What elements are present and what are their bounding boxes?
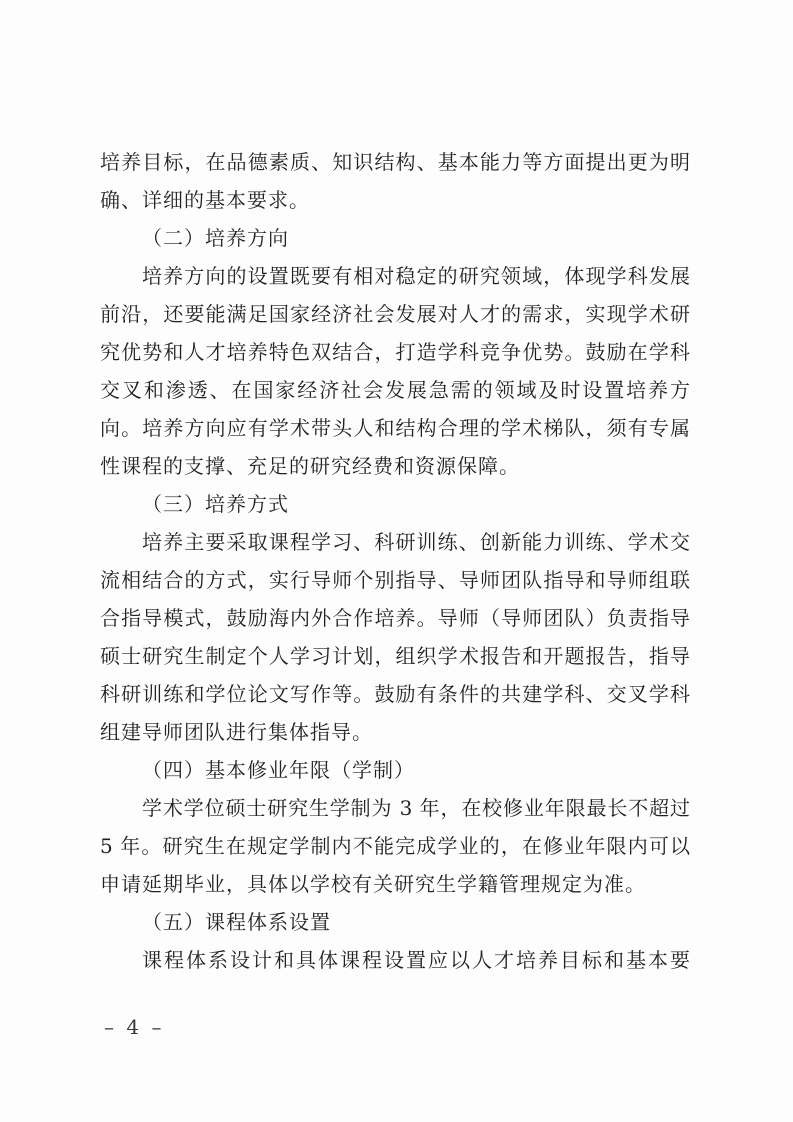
text-line: 培养主要采取课程学习、科研训练、创新能力训练、学术交 xyxy=(100,523,690,561)
body-text: 培养目标，在品德素质、知识结构、基本能力等方面提出更为明确、详细的基本要求。（二… xyxy=(100,143,690,979)
text-line: 申请延期毕业，具体以学校有关研究生学籍管理规定为准。 xyxy=(100,865,690,903)
section-heading: （五）课程体系设置 xyxy=(100,903,690,941)
text-line: 交叉和渗透、在国家经济社会发展急需的领域及时设置培养方 xyxy=(100,371,690,409)
text-line: 确、详细的基本要求。 xyxy=(100,181,690,219)
section-heading: （四）基本修业年限（学制） xyxy=(100,751,690,789)
section-heading: （二）培养方向 xyxy=(100,219,690,257)
section-heading: （三）培养方式 xyxy=(100,485,690,523)
text-line: 合指导模式，鼓励海内外合作培养。导师（导师团队）负责指导 xyxy=(100,599,690,637)
text-line: 组建导师团队进行集体指导。 xyxy=(100,713,690,751)
text-line: 培养目标，在品德素质、知识结构、基本能力等方面提出更为明 xyxy=(100,143,690,181)
text-line: 流相结合的方式，实行导师个别指导、导师团队指导和导师组联 xyxy=(100,561,690,599)
text-line: 学术学位硕士研究生学制为 3 年，在校修业年限最长不超过 xyxy=(100,789,690,827)
text-line: 性课程的支撑、充足的研究经费和资源保障。 xyxy=(100,447,690,485)
text-line: 5 年。研究生在规定学制内不能完成学业的，在修业年限内可以 xyxy=(100,827,690,865)
document-page: 培养目标，在品德素质、知识结构、基本能力等方面提出更为明确、详细的基本要求。（二… xyxy=(0,0,793,1122)
text-line: 硕士研究生制定个人学习计划，组织学术报告和开题报告，指导 xyxy=(100,637,690,675)
text-line: 究优势和人才培养特色双结合，打造学科竞争优势。鼓励在学科 xyxy=(100,333,690,371)
text-line: 课程体系设计和具体课程设置应以人才培养目标和基本要 xyxy=(100,941,690,979)
page-number: – 4 – xyxy=(104,1012,164,1042)
text-line: 向。培养方向应有学术带头人和结构合理的学术梯队，须有专属 xyxy=(100,409,690,447)
text-line: 前沿，还要能满足国家经济社会发展对人才的需求，实现学术研 xyxy=(100,295,690,333)
text-line: 培养方向的设置既要有相对稳定的研究领域，体现学科发展 xyxy=(100,257,690,295)
text-line: 科研训练和学位论文写作等。鼓励有条件的共建学科、交叉学科 xyxy=(100,675,690,713)
